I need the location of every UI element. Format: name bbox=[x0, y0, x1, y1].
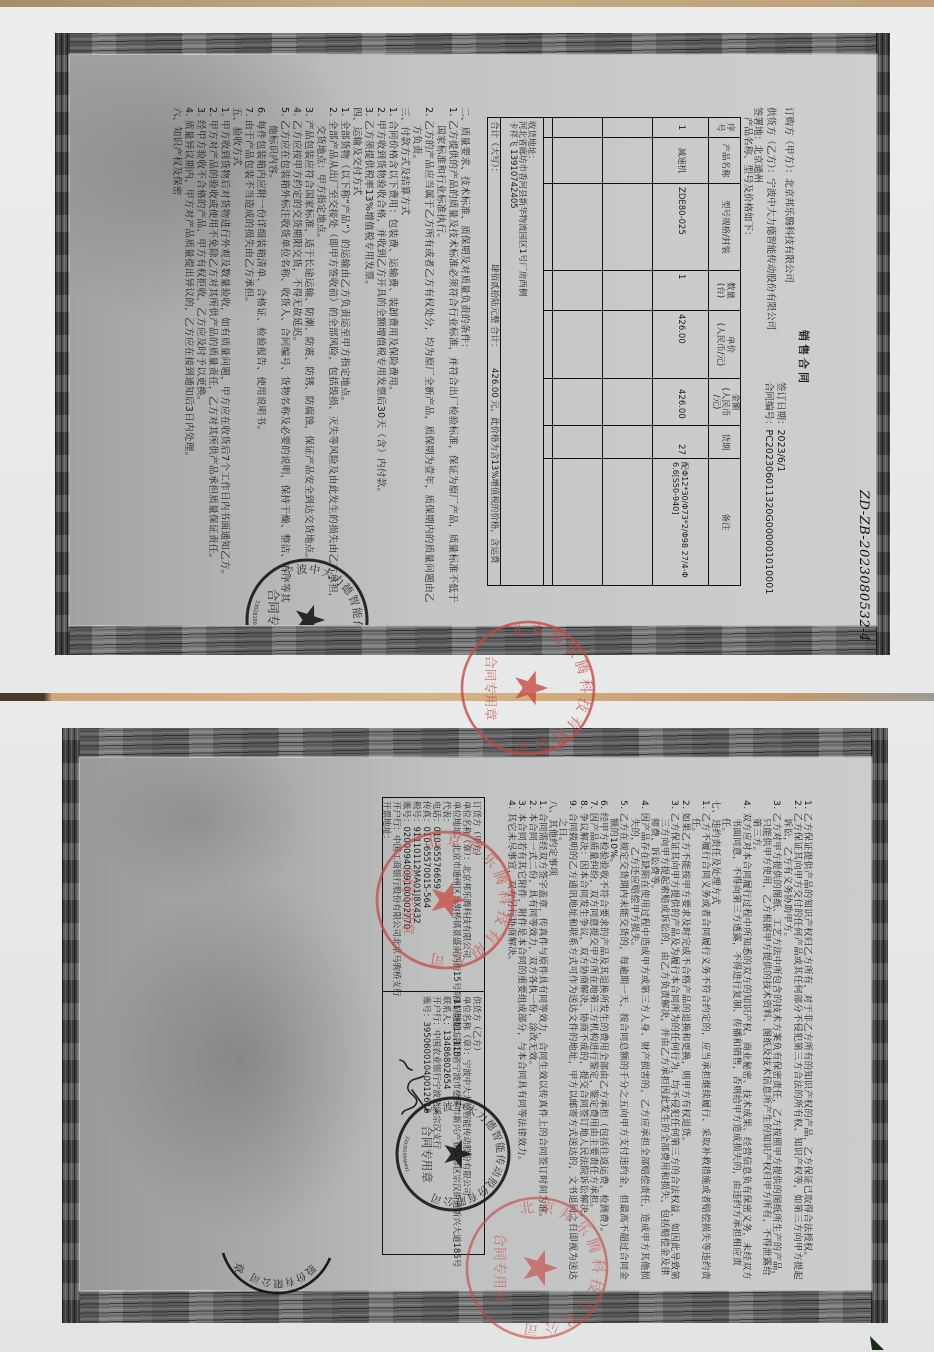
supplier-field: 单位地址：浙江省宁波市慈溪市新兴产业集群区宗汉街道新兴大道185号 bbox=[451, 996, 461, 1267]
delivery-address-cell: 收货地址： 河北省廊坊市香河县新华物流园区1号厂房西侧 卡祥飞 13910742… bbox=[501, 118, 544, 586]
supplier-field: 单位名称（章）：宁波中大力德智能传动股份有限公司 bbox=[461, 996, 471, 1267]
total-sum-label: 合计： bbox=[489, 326, 499, 352]
cell-amount: 426.00 bbox=[653, 379, 709, 426]
delivery-address-row: 收货地址： 河北省廊坊市香河县新华物流园区1号厂房西侧 卡祥飞 13910742… bbox=[501, 118, 544, 586]
page1-scan-border-left bbox=[55, 33, 70, 655]
cell-no: 1 bbox=[653, 118, 709, 138]
delivery-contact: 卡祥飞 13910742405 bbox=[509, 121, 518, 582]
total-cell: 合计（大写）： 肆佰贰拾陆元整 合计： 426.00 元，此价格为含13%增值税… bbox=[488, 118, 501, 586]
clause-line: 6. 经甲方检验验收不符合要求的产品及其退换所发生的费用全部由乙方承担（包括往返… bbox=[598, 800, 608, 1284]
table-row: 1 减速机 ZDE80-025 1 426.00 426.00 27 配Φ12*… bbox=[653, 118, 709, 586]
clause-line: 3. 经甲方验收不合格的产品，甲方有权拒收，乙方应及时予以更换。 bbox=[194, 107, 206, 612]
page2-scan-border-left bbox=[62, 728, 80, 1323]
total-label: 合计（大写）： bbox=[489, 121, 499, 176]
column-header: 备注 bbox=[709, 459, 741, 586]
sign-date-label: 签订日期： bbox=[775, 382, 786, 430]
total-row: 合计（大写）： 肆佰贰拾陆元整 合计： 426.00 元，此价格为含13%增值税… bbox=[488, 118, 501, 586]
clause-line: 2. 甲方收到货物验收合格，并收到乙方开具的全额增值税专用发票后30天（含）内付… bbox=[374, 107, 386, 612]
delivery-address: 河北省廊坊市香河县新华物流园区1号厂房西侧 bbox=[518, 121, 527, 582]
clause-line: 1. 合同需经双方签字盖章，传真件与原件具有同等效力，合同生效以传真件上的合同签… bbox=[537, 800, 547, 1284]
clause-line: 3. 乙方对甲方提供的图纸、工艺方法中所包含的技术方案负有保密责任，乙方按照甲方… bbox=[751, 800, 782, 1284]
supplier-heading: 供货方（乙方） bbox=[471, 996, 481, 1267]
column-header: 金额 (人民币 /元) bbox=[709, 379, 741, 426]
contract-number: 合同编号：PC202306011320G000001010001 bbox=[763, 382, 773, 594]
clause-line: 7. 由于产品包装不当造成的损失由乙方承担。 bbox=[242, 107, 254, 612]
table-intro: 产品名称、型号及价格如下： bbox=[742, 117, 752, 241]
clause-line: 1. 甲方收到货物后对货物进行外观及数量验收，如有质量问题，甲方应在收货后7个工… bbox=[218, 107, 230, 612]
clause-line: 4. 乙方应按甲方约定的交货期限交货，不得无故延迟。 bbox=[290, 107, 302, 612]
supplier-field: 开户行：中国农业银行宁波慈溪宗汉支行 bbox=[431, 996, 441, 1267]
contract-number-label: 合同编号： bbox=[763, 382, 774, 430]
clause-line: 七、违约责任及处理方式 bbox=[710, 800, 720, 1284]
cell-lead-time: 27 bbox=[653, 426, 709, 459]
page1-scan-border-right bbox=[876, 33, 890, 655]
buyer-line: 订购方（甲方）：北京邦乐腾科技有限公司 bbox=[783, 107, 793, 283]
sign-date: 签订日期：2023/6/1 bbox=[775, 382, 785, 472]
contract-title: 销售合同 bbox=[798, 330, 808, 386]
clause-line: 三、付款方式及结算方式 bbox=[398, 107, 410, 612]
clause-line: 4. 其它未尽事宜，双方另行协商解决。 bbox=[506, 800, 516, 1284]
table-row-empty bbox=[603, 118, 653, 586]
clause-line: 2. 全部产品从出厂至交接处（即甲方签收前）的全部风险，包括毁损、灭失等风险及由… bbox=[314, 107, 338, 612]
column-header: 型号规格/封装 bbox=[709, 184, 741, 271]
page2-scan-border-right bbox=[871, 728, 888, 1323]
buyer-field: 账号：0200094009100002770 bbox=[401, 801, 411, 1057]
supplier-field: 账号：39506001040012616 bbox=[421, 996, 431, 1267]
column-header: 数量 (台) bbox=[709, 271, 741, 311]
table-edge-top bbox=[0, 0, 934, 7]
clause-line: 5. 乙方在规定交货期内未能交货的，每逾期一天，按合同总额的千分之五向甲方支付违… bbox=[608, 800, 628, 1284]
clause-line: 4. 质量异议期内，甲方对产品质量提出异议的，乙方应在接到通知后3日内处理。 bbox=[182, 107, 194, 612]
column-header: 货期 bbox=[709, 426, 741, 459]
page2-document: 1. 乙方保证提供产品的知识产权归乙方所有，对于非乙方所有的知识产权的产品，乙方… bbox=[80, 758, 871, 1290]
clause-line: 2. 本合同一式二份，具有同等效力，双方各执一份，涂改无效。 bbox=[526, 800, 536, 1284]
table-row-empty bbox=[553, 118, 603, 586]
clause-line: 3. 乙方须提供税率13%增值税专用发票。 bbox=[362, 107, 374, 612]
clause-line: 4. 双方应对本合同履行过程中所知悉的双方的知识产权、商业秘密、技术成果、经营信… bbox=[720, 800, 751, 1284]
sign-place: 签署地：北京通州 bbox=[752, 107, 762, 183]
table-header-row: 序号 产品名称 型号规格/封装 数量 (台) 单价 (人民币/元) 金额 (人民… bbox=[709, 118, 741, 586]
buyer-field: 开户行：中国工商银行股份有限公司北京马驹桥支行 bbox=[391, 801, 401, 1057]
contract-number-value: PC202306011320G000001010001 bbox=[763, 430, 774, 595]
clause-line: 3. 本合同若有其它附件，附件是本合同的重要组成部分，与本合同具有同等法律效力。 bbox=[516, 800, 526, 1284]
page1-document: ZD-ZB-2023080532-4 销售合同 订购方（甲方）：北京邦乐腾科技有… bbox=[70, 55, 876, 625]
clause-line: 五、验收方式 bbox=[230, 107, 242, 612]
product-table: 序号 产品名称 型号规格/封装 数量 (台) 单价 (人民币/元) 金额 (人民… bbox=[487, 117, 741, 586]
page2-clauses: 1. 乙方保证提供产品的知识产权归乙方所有，对于非乙方所有的知识产权的产品，乙方… bbox=[506, 800, 812, 1284]
column-header: 序号 bbox=[709, 118, 741, 138]
total-amount: 426.00 bbox=[489, 368, 499, 398]
cell-product-name: 减速机 bbox=[653, 138, 709, 184]
clause-line: 1. 乙方提供的产品的质量及技术标准必须符合行业标准，并符合出厂检验标准，保证为… bbox=[434, 107, 458, 612]
clause-line: 1. 乙方保证提供产品的知识产权归乙方所有，对于非乙方所有的知识产权的产品，乙方… bbox=[802, 800, 812, 1284]
clause-line: 7. 因产品质量纠纷，双方同意提交甲方所在地第三方机构进行鉴定，鉴定费用由主要责… bbox=[588, 800, 598, 1284]
clause-line: 5. 乙方应在包装箱外标注收货单位名称、收货人、合同编号、货物名称及必要的说明，… bbox=[266, 107, 290, 612]
total-note: 元，此价格为含13%增值税的价格，含运费 bbox=[489, 400, 499, 563]
cell-model: ZDE80-025 bbox=[653, 184, 709, 271]
clause-line: 六、知识产权及保密 bbox=[170, 107, 182, 612]
buyer-field: 税号：91110112MA01J8X432 bbox=[411, 801, 421, 1057]
handwritten-note: ZD-ZB-2023080532-4 bbox=[858, 490, 868, 642]
table-edge-between-sheets bbox=[0, 693, 934, 701]
clause-line: 6. 每件包装箱内应附一份详细装箱清单、合格证、检验报告、使用说明书。 bbox=[254, 107, 266, 612]
delivery-address-label: 收货地址： bbox=[527, 121, 536, 582]
clause-line: 3. 产品包装应符合国家标准，适于长途运输、防潮、防震、防锈、防腐蚀，保证产品安… bbox=[302, 107, 314, 612]
clause-line: 八、其他约定事项 bbox=[547, 800, 557, 1284]
photo-of-contract-pages: ZD-ZB-2023080532-4 销售合同 订购方（甲方）：北京邦乐腾科技有… bbox=[0, 0, 934, 1352]
clause-line: 二、质量要求、技术标准、质保期及对质量负责的条件： bbox=[458, 107, 470, 612]
column-header: 单价 (人民币/元) bbox=[709, 311, 741, 379]
column-header: 产品名称 bbox=[709, 138, 741, 184]
table-row-empty bbox=[544, 118, 553, 586]
clause-line: 9. 合同载明的乙方通讯地址和联系方式可作为送达文件的地址，甲方以邮寄方式送达的… bbox=[557, 800, 577, 1284]
clause-line: 1. 乙方不履行合同义务或者合同履行义务不符合约定的，应当承担继续履行、采取补救… bbox=[690, 800, 710, 1284]
cell-quantity: 1 bbox=[653, 271, 709, 311]
cell-remark: 配Φ12*30/Φ73*2/Φ98 27/4-Φ6.6[S50-940] bbox=[653, 459, 709, 586]
clause-line: 8. 争议解决：因本合同发生争议，双方协商解决，协商不成的，提交合同签订地人民法… bbox=[577, 800, 587, 1284]
clause-line: 2. 乙方的产品应当属于乙方所有或者乙方有权处分，均为原厂全新产品，质保期为壹年… bbox=[410, 107, 434, 612]
supplier-line: 供货方（乙方）：宁波中大力德智能传动股份有限公司 bbox=[765, 107, 775, 330]
clause-line: 3. 乙方保证其向甲方提供的产品及为履行本合同所为的任何行为，均不侵犯任何第三方… bbox=[649, 800, 680, 1284]
clause-line: 1. 合同价格含以下费用：包装费、运输费、装卸费用及保险费用。 bbox=[386, 107, 398, 612]
clause-line: 4. 因产品存在缺陷在使用过程中造成甲方或第三方人身、财产损害的，乙方应承担全部… bbox=[628, 800, 648, 1284]
clause-line: 2. 甲方对产品的验收或使用不免除乙方对其所供产品的质量责任，乙方对其所供产品承… bbox=[206, 107, 218, 612]
supplier-field: 联系人：13486802654 bbox=[441, 996, 451, 1267]
supplier-signature-info: 供货方（乙方） 单位名称（章）：宁波中大力德智能传动股份有限公司 单位地址：浙江… bbox=[421, 996, 481, 1267]
clause-line: 1. 全部货物（以下称“产品”）的运输由乙方负责运至甲方指定地点。 bbox=[338, 107, 350, 612]
page1-clauses: 二、质量要求、技术标准、质保期及对质量负责的条件：1. 乙方提供的产品的质量及技… bbox=[170, 107, 470, 612]
clause-line: 2. 乙方保证其向甲方交付的任何产品或其任何部分不侵犯第三方合法的所有权、知识产… bbox=[781, 800, 801, 1284]
buyer-field: 开票地址： bbox=[381, 801, 391, 1057]
signature-block: 订货方（甲方） 单位名称（章）：北京邦乐腾科技有限公司 单位地址：北京市通州区马… bbox=[382, 797, 485, 1255]
clause-line: 四、运输及交付方式 bbox=[350, 107, 362, 612]
clause-line: 2. 如果乙方不能按甲方要求及时完成不合格产品的退换和更换，则甲方有权退货。 bbox=[679, 800, 689, 1284]
total-in-words: 肆佰贰拾陆元整 bbox=[489, 264, 499, 324]
cell-unit-price: 426.00 bbox=[653, 311, 709, 379]
sign-date-value: 2023/6/1 bbox=[775, 430, 786, 473]
